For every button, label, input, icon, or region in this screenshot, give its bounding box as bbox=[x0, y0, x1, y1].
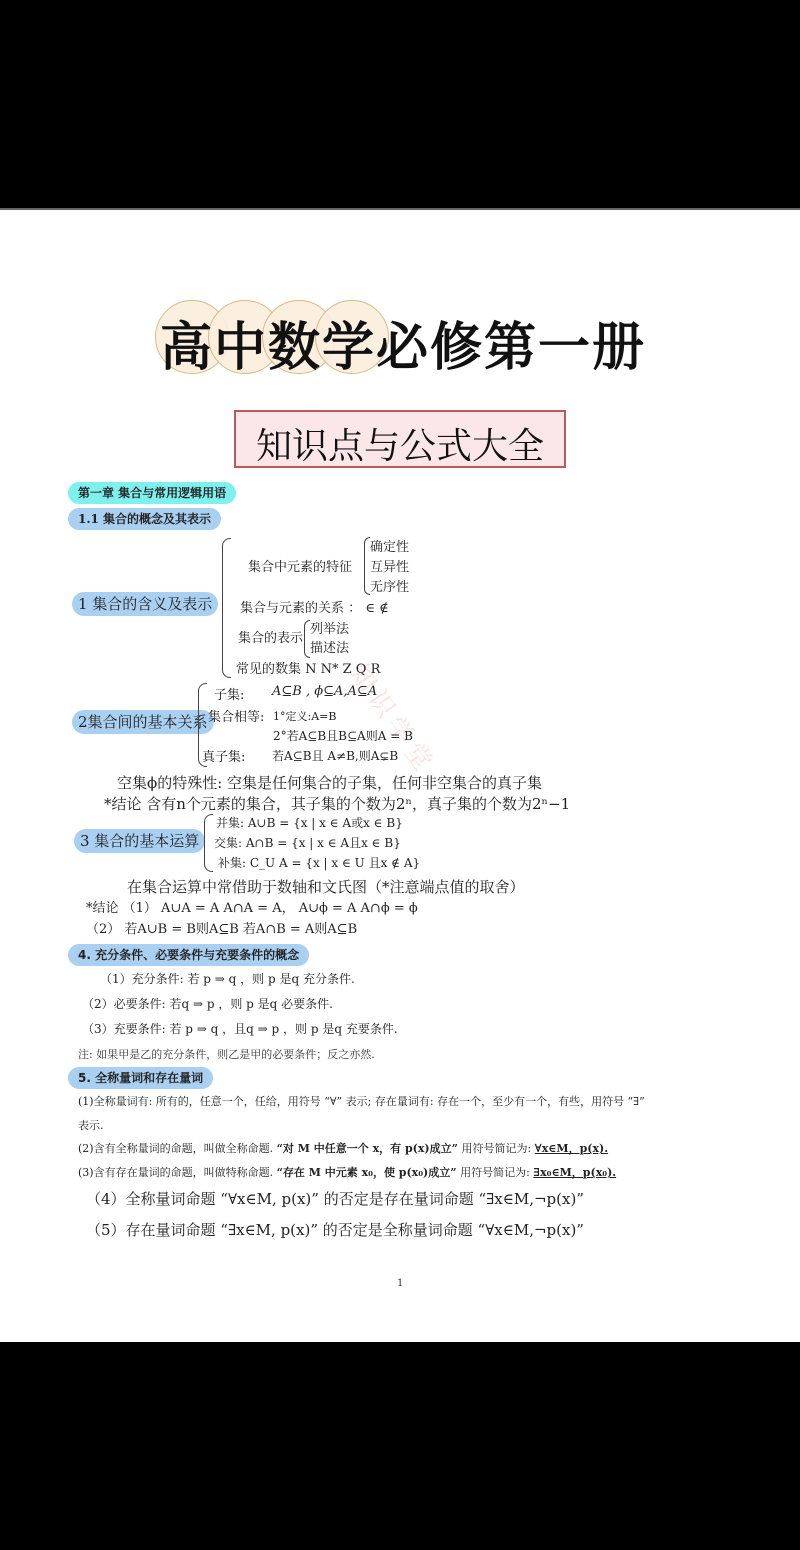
universal-proposition-mid: 用符号简记为: bbox=[458, 1142, 535, 1155]
element-features-label: 集合中元素的特征 bbox=[248, 556, 352, 575]
universal-proposition-symbol: ∀x∈M，p(x). bbox=[535, 1142, 608, 1155]
quantifier-item-2: (2)含有全称量词的命题，叫做全称命题. “对 M 中任意一个 x，有 p(x)… bbox=[78, 1140, 608, 1156]
document-subtitle: 知识点与公式大全 bbox=[236, 418, 564, 469]
topic-label-set-relations: 2集合间的基本关系 bbox=[72, 710, 214, 734]
quantifier-item-5: （5）存在量词命题 “∃x∈M, p(x)” 的否定是全称量词命题 “∀x∈M,… bbox=[86, 1219, 584, 1240]
quantifier-item-4: （4）全称量词命题 “∀x∈M, p(x)” 的否定是存在量词命题 “∃x∈M,… bbox=[86, 1188, 584, 1209]
common-number-sets: 常见的数集 N N* Z Q R bbox=[236, 658, 380, 677]
operation-conclusion-1: *结论 （1） A∪A = A A∩A = A， A∪ϕ = A A∩ϕ = ϕ bbox=[86, 897, 418, 916]
section-heading: 5. 全称量词和存在量词 bbox=[68, 1067, 213, 1089]
intersection-formula: 交集: A∩B = {x | x ∈ A且x ∈ B} bbox=[214, 834, 401, 851]
chapter-heading: 第一章 集合与常用逻辑用语 bbox=[68, 482, 236, 504]
proper-subset-label: 真子集: bbox=[202, 746, 245, 765]
universal-proposition-quote: “对 M 中任意一个 x，有 p(x)成立” bbox=[277, 1142, 458, 1155]
section-heading: 4. 充分条件、必要条件与充要条件的概念 bbox=[68, 944, 309, 966]
brace-icon bbox=[222, 538, 231, 678]
representation-label: 集合的表示 bbox=[238, 627, 303, 646]
empty-set-note: 空集ϕ的特殊性: 空集是任何集合的子集，任何非空集合的真子集 bbox=[117, 772, 542, 793]
quantifier-item-1-cont: 表示. bbox=[78, 1117, 104, 1133]
existential-proposition-quote: “存在 M 中元素 x₀，使 p(x₀)成立” bbox=[277, 1166, 457, 1179]
subset-count-conclusion: *结论 含有n个元素的集合，其子集的个数为2ⁿ，真子集的个数为2ⁿ−1 bbox=[104, 793, 570, 814]
existential-proposition-mid: 用符号简记为: bbox=[457, 1166, 534, 1179]
condition-note: 注: 如果甲是乙的充分条件，则乙是甲的必要条件；反之亦然. bbox=[78, 1046, 375, 1062]
representation-item: 描述法 bbox=[310, 637, 349, 656]
existential-proposition-symbol: ∃x₀∈M，p(x₀). bbox=[533, 1166, 616, 1179]
representation-item: 列举法 bbox=[310, 618, 349, 637]
brace-icon bbox=[204, 814, 213, 872]
feature-item: 互异性 bbox=[370, 556, 409, 575]
topic-label-set-meaning: 1 集合的含义及表示 bbox=[72, 592, 218, 616]
equal-label: 集合相等: bbox=[208, 706, 264, 725]
feature-item: 无序性 bbox=[370, 576, 409, 595]
subset-formula: A⊆B , ϕ⊆A,A⊆A bbox=[272, 684, 377, 699]
subtitle-box: 知识点与公式大全 bbox=[234, 410, 566, 468]
equal-definition-2: 2°若A⊆B且B⊆A则A = B bbox=[273, 727, 413, 744]
element-relation: 集合与元素的关系 ： ∈ ∉ bbox=[240, 597, 389, 616]
quantifier-item-3: (3)含有存在量词的命题，叫做特称命题. “存在 M 中元素 x₀，使 p(x₀… bbox=[78, 1164, 616, 1180]
venn-note: 在集合运算中常借助于数轴和文氏图（*注意端点值的取舍） bbox=[127, 876, 525, 897]
existential-proposition-text: (3)含有存在量词的命题，叫做特称命题. bbox=[78, 1166, 277, 1179]
condition-item: （3）充要条件: 若 p ⇒ q ，且q ⇒ p ，则 p 是q 充要条件. bbox=[82, 1020, 398, 1037]
equal-definition-1: 1°定义:A=B bbox=[273, 708, 336, 724]
proper-subset-formula: 若A⊆B且 A≠B,则A⊊B bbox=[272, 747, 398, 764]
quantifier-item-1: (1)全称量词有: 所有的，任意一个，任给，用符号 “∀” 表示; 存在量词有:… bbox=[78, 1093, 645, 1109]
union-formula: 并集: A∪B = {x | x ∈ A或x ∈ B} bbox=[216, 814, 403, 831]
operation-conclusion-2: （2） 若A∪B = B则A⊆B 若A∩B = A则A⊆B bbox=[86, 918, 357, 937]
page-number: 1 bbox=[397, 1278, 403, 1289]
feature-item: 确定性 bbox=[370, 536, 409, 555]
document-title: 高中数学必修第一册 bbox=[160, 305, 646, 380]
topic-label-set-operations: 3 集合的基本运算 bbox=[74, 829, 205, 853]
complement-formula: 补集: C_U A = {x | x ∈ U 且x ∉ A} bbox=[218, 854, 420, 871]
condition-item: （1）充分条件: 若 p ⇒ q ，则 p 是q 充分条件. bbox=[100, 970, 355, 987]
universal-proposition-text: (2)含有全称量词的命题，叫做全称命题. bbox=[78, 1142, 277, 1155]
subset-label: 子集: bbox=[214, 684, 244, 703]
section-heading: 1.1 集合的概念及其表示 bbox=[68, 508, 221, 530]
condition-item: （2）必要条件: 若q ⇒ p ，则 p 是q 必要条件. bbox=[82, 995, 333, 1012]
